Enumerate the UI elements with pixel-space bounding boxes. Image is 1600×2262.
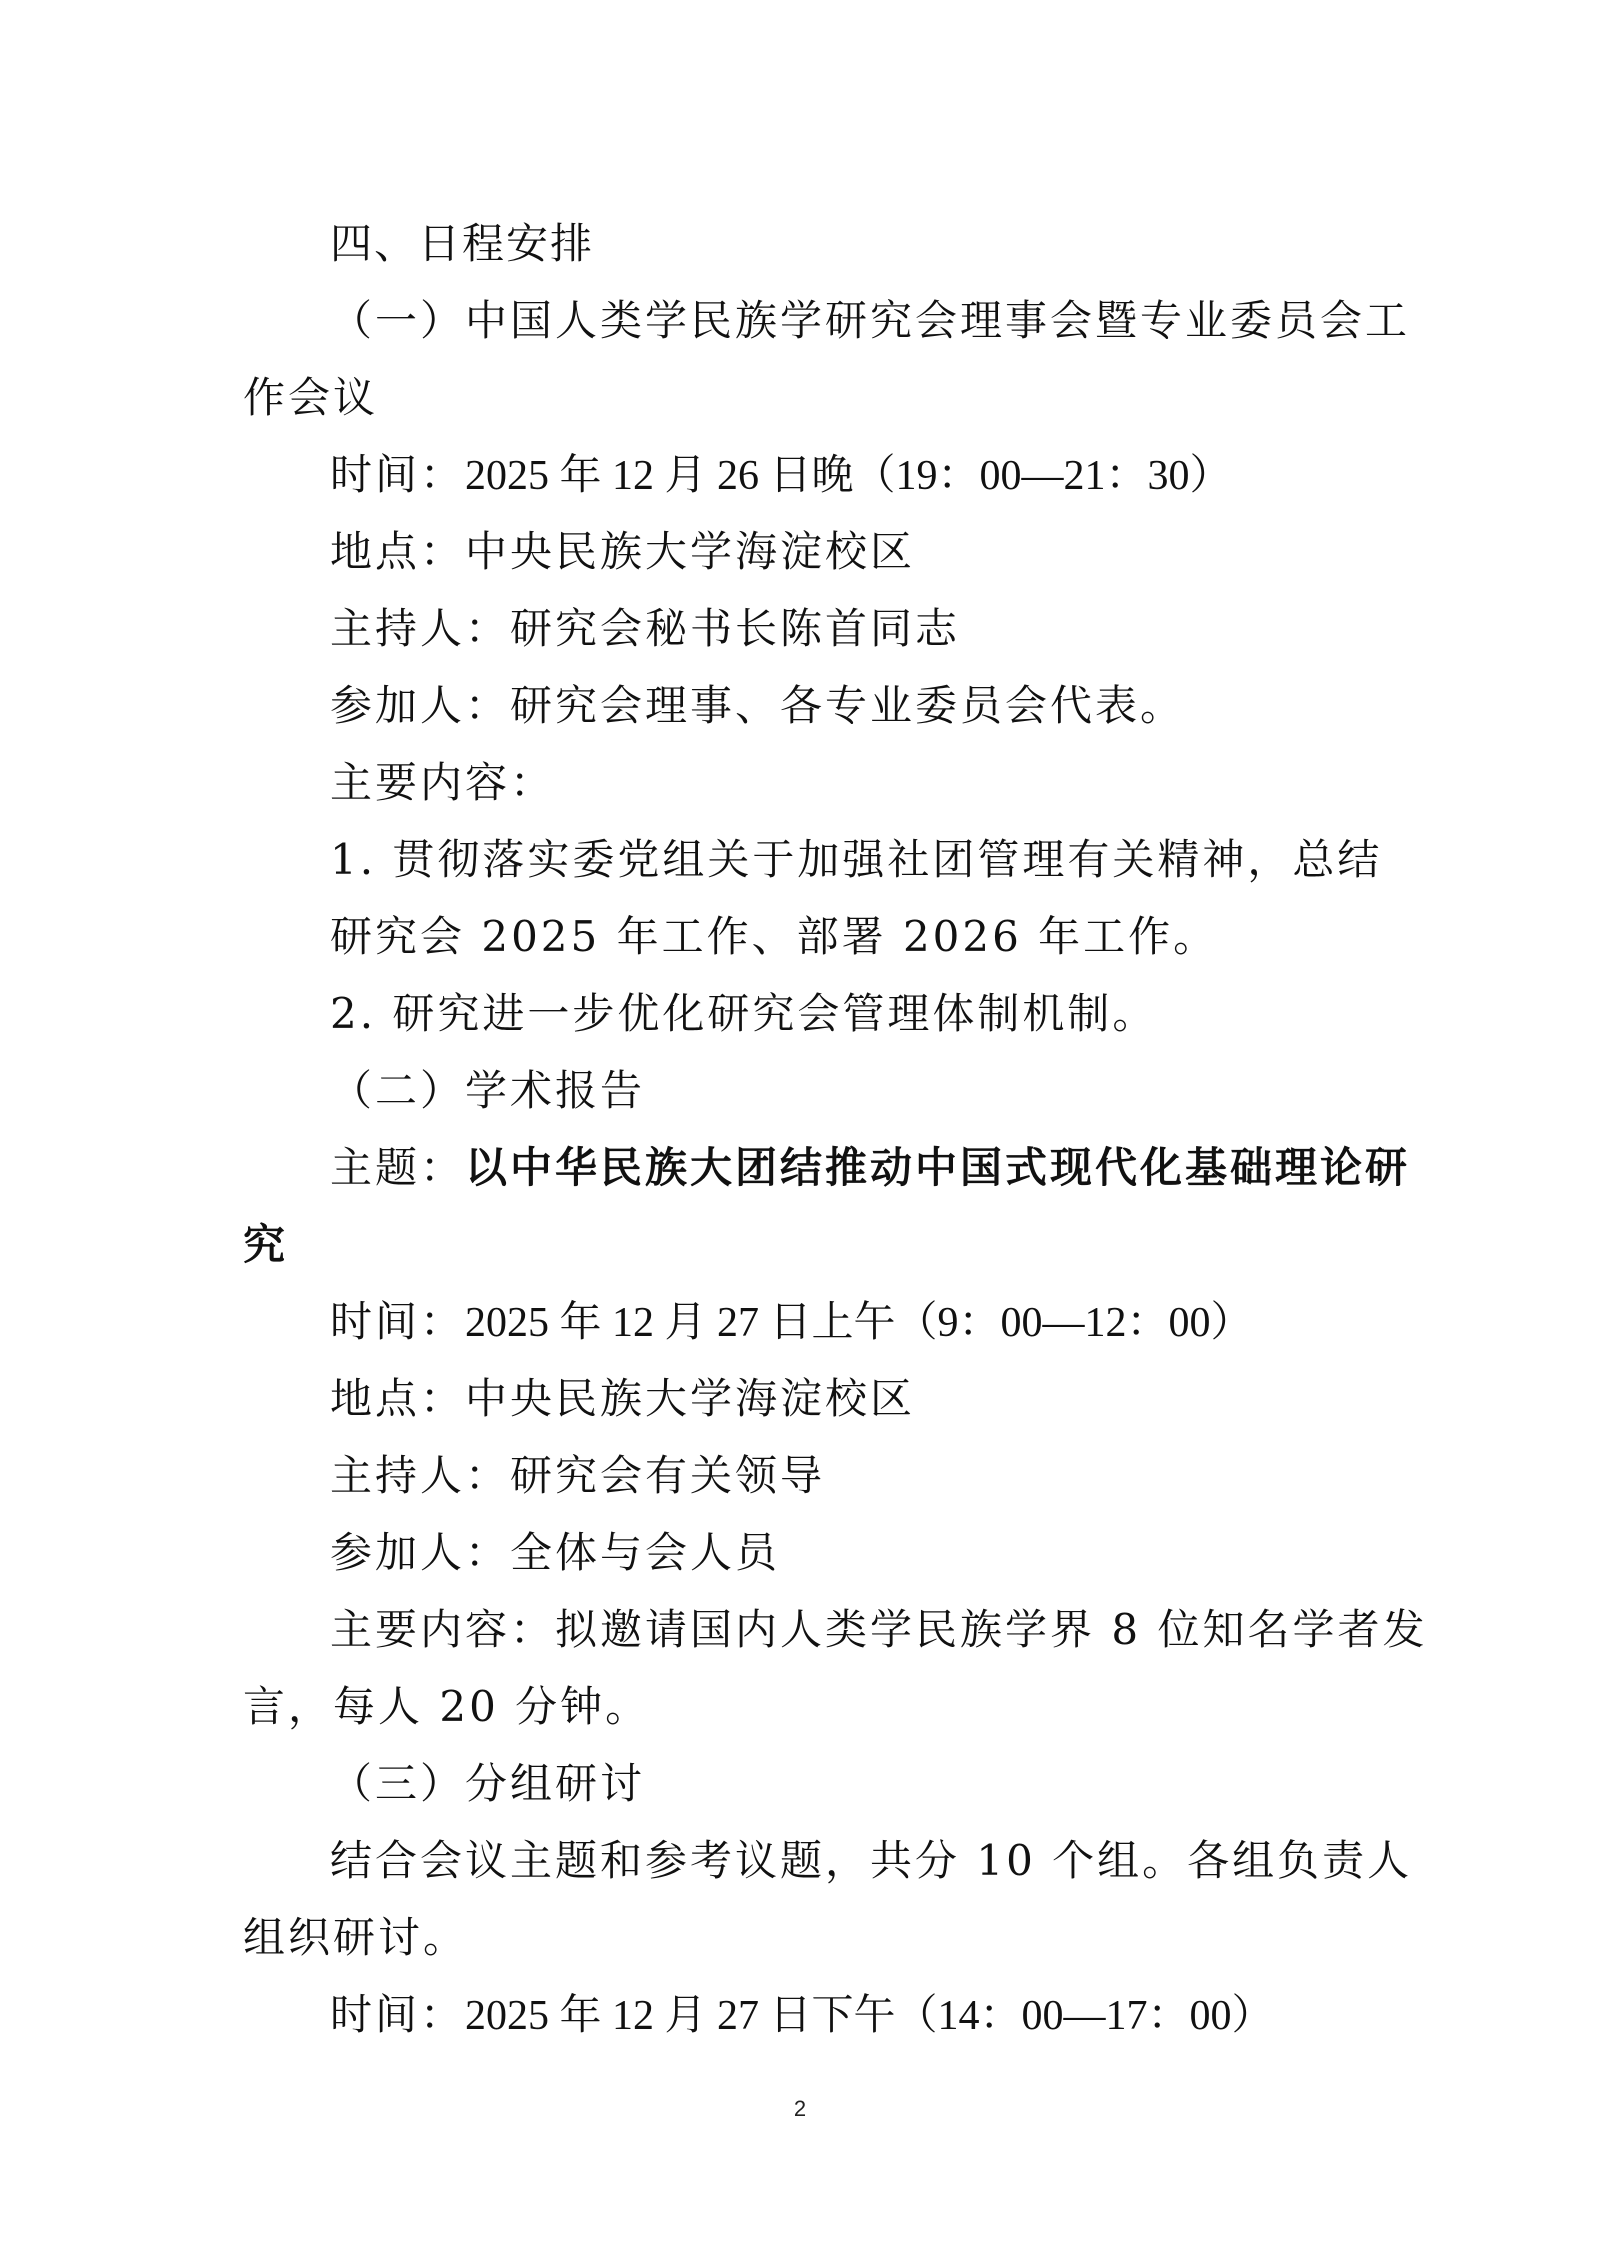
content-item-1: 1. 贯彻落实委党组关于加强社团管理有关精神，总结 (243, 821, 1373, 898)
subsection-title-continued: 作会议 (243, 359, 1373, 436)
subsection-title: （二）学术报告 (243, 1052, 1373, 1129)
time-label: 时间： (330, 1990, 465, 2039)
time-label: 时间： (330, 1297, 465, 1346)
place-value: 中央民族大学海淀校区 (465, 527, 915, 576)
subsection-group-discussion: （三）分组研讨 结合会议主题和参考议题，共分 10 个组。各组负责人 组织研讨。… (243, 1745, 1373, 2053)
content-item-2: 2. 研究进一步优化研究会管理体制机制。 (243, 975, 1373, 1052)
attendees-value: 研究会理事、各专业委员会代表。 (510, 681, 1185, 730)
time-value: 2025 年 12 月 27 日下午（14：00—17：00） (465, 1993, 1274, 2039)
content-label: 主要内容： (243, 744, 1373, 821)
attendees-label: 参加人： (330, 681, 510, 730)
content-row: 主要内容：拟邀请国内人类学民族学界 8 位知名学者发 (243, 1591, 1373, 1668)
time-label: 时间： (330, 450, 465, 499)
host-value: 研究会秘书长陈首同志 (510, 604, 960, 653)
section-heading: 四、日程安排 (243, 205, 1373, 282)
host-label: 主持人： (330, 604, 510, 653)
place-value: 中央民族大学海淀校区 (465, 1374, 915, 1423)
subsection-title: （三）分组研讨 (243, 1745, 1373, 1822)
attendees-row: 参加人：全体与会人员 (243, 1514, 1373, 1591)
attendees-label: 参加人： (330, 1528, 510, 1577)
place-row: 地点：中央民族大学海淀校区 (243, 513, 1373, 590)
host-row: 主持人：研究会秘书长陈首同志 (243, 590, 1373, 667)
time-row: 时间：2025 年 12 月 27 日下午（14：00—17：00） (243, 1976, 1373, 2053)
time-value: 2025 年 12 月 27 日上午（9：00—12：00） (465, 1300, 1253, 1346)
page-number: 2 (0, 2096, 1600, 2122)
subsection-title: （一）中国人类学民族学研究会理事会暨专业委员会工 (243, 282, 1373, 359)
time-row: 时间：2025 年 12 月 26 日晚（19：00—21：30） (243, 436, 1373, 513)
host-row: 主持人：研究会有关领导 (243, 1437, 1373, 1514)
content-item-1-continued: 研究会 2025 年工作、部署 2026 年工作。 (243, 898, 1373, 975)
description: 结合会议主题和参考议题，共分 10 个组。各组负责人 (243, 1822, 1373, 1899)
host-label: 主持人： (330, 1451, 510, 1500)
theme-value-continued: 究 (243, 1206, 1373, 1283)
theme-row: 主题：以中华民族大团结推动中国式现代化基础理论研 (243, 1129, 1373, 1206)
content-label: 主要内容： (330, 1605, 555, 1654)
subsection-academic-report: （二）学术报告 主题：以中华民族大团结推动中国式现代化基础理论研 究 时间：20… (243, 1052, 1373, 1745)
place-row: 地点：中央民族大学海淀校区 (243, 1360, 1373, 1437)
theme-value: 以中华民族大团结推动中国式现代化基础理论研 (465, 1143, 1410, 1192)
attendees-value: 全体与会人员 (510, 1528, 780, 1577)
theme-label: 主题： (330, 1143, 465, 1192)
place-label: 地点： (330, 527, 465, 576)
subsection-council-meeting: （一）中国人类学民族学研究会理事会暨专业委员会工 作会议 时间：2025 年 1… (243, 282, 1373, 1052)
attendees-row: 参加人：研究会理事、各专业委员会代表。 (243, 667, 1373, 744)
time-value: 2025 年 12 月 26 日晚（19：00—21：30） (465, 453, 1232, 499)
time-row: 时间：2025 年 12 月 27 日上午（9：00—12：00） (243, 1283, 1373, 1360)
host-value: 研究会有关领导 (510, 1451, 825, 1500)
place-label: 地点： (330, 1374, 465, 1423)
description-continued: 组织研讨。 (243, 1899, 1373, 1976)
document-page: 四、日程安排 （一）中国人类学民族学研究会理事会暨专业委员会工 作会议 时间：2… (243, 205, 1373, 2053)
content-value: 拟邀请国内人类学民族学界 8 位知名学者发 (555, 1605, 1427, 1654)
content-value-continued: 言，每人 20 分钟。 (243, 1668, 1373, 1745)
